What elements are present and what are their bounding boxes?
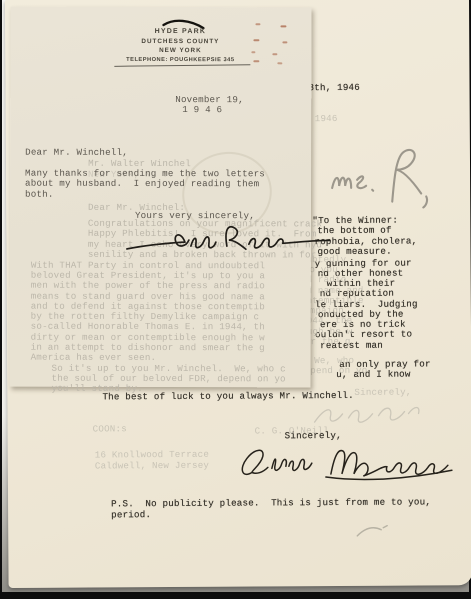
ghost-sender-address: Caldwell, New Jersey	[95, 461, 209, 472]
ghost-date-1946: 1946	[315, 114, 338, 124]
ghost-fragment: pend on yo	[310, 366, 367, 376]
letterhead-line: NEW YORK	[125, 47, 235, 54]
letterhead-line: DUTCHESS COUNTY	[125, 38, 235, 45]
under-letter-date-fragment: 8th, 1946	[309, 83, 360, 93]
salutation: Dear Mr. Winchell,	[25, 148, 128, 158]
ghost-body-line: America has ever seen.	[31, 353, 157, 363]
rust-mark	[272, 53, 277, 55]
rust-mark	[282, 41, 287, 43]
letterhead-telephone-line: TELEPHONE: POUGHKEEPSIE 345	[125, 57, 235, 63]
pencil-mark	[353, 522, 393, 540]
rust-mark	[251, 51, 255, 53]
ghost-reference-initials: COON:s	[93, 424, 127, 434]
letterhead-line: HYDE PARK	[125, 28, 235, 35]
rust-mark	[255, 23, 260, 25]
ghost-sender-address: 16 Knollwood Terrace	[95, 450, 209, 461]
strikethrough-line	[114, 64, 250, 67]
rust-mark	[277, 62, 282, 64]
ghost-body-line: men with the power of the press and radi…	[31, 281, 265, 292]
rust-mark	[253, 60, 259, 62]
ps-line: period.	[111, 510, 151, 520]
ps-line: P.S. No publicity please. This is just f…	[111, 497, 431, 509]
rust-mark	[280, 25, 286, 27]
date-line: 1 9 4 6	[182, 105, 222, 115]
roosevelt-letter-sheet: HYDE PARK DUTCHESS COUNTY NEW YORK TELEP…	[10, 7, 312, 388]
ghost-body-line: so-called Honorable Thomas E. in 1944, t…	[31, 322, 265, 333]
scanned-document: 8th, 1946 November 1946 "To the Winner: …	[0, 0, 471, 599]
elaine-macgregor-signature	[236, 435, 454, 491]
body-line: about my husband. I enjoyed reading them	[25, 179, 259, 190]
ghost-body-line: you'll stand by.	[51, 384, 142, 394]
body-line: both.	[25, 190, 54, 200]
pencil-annotation-ms-r	[326, 143, 441, 212]
eleanor-roosevelt-signature	[123, 219, 335, 262]
rust-mark	[253, 39, 259, 41]
